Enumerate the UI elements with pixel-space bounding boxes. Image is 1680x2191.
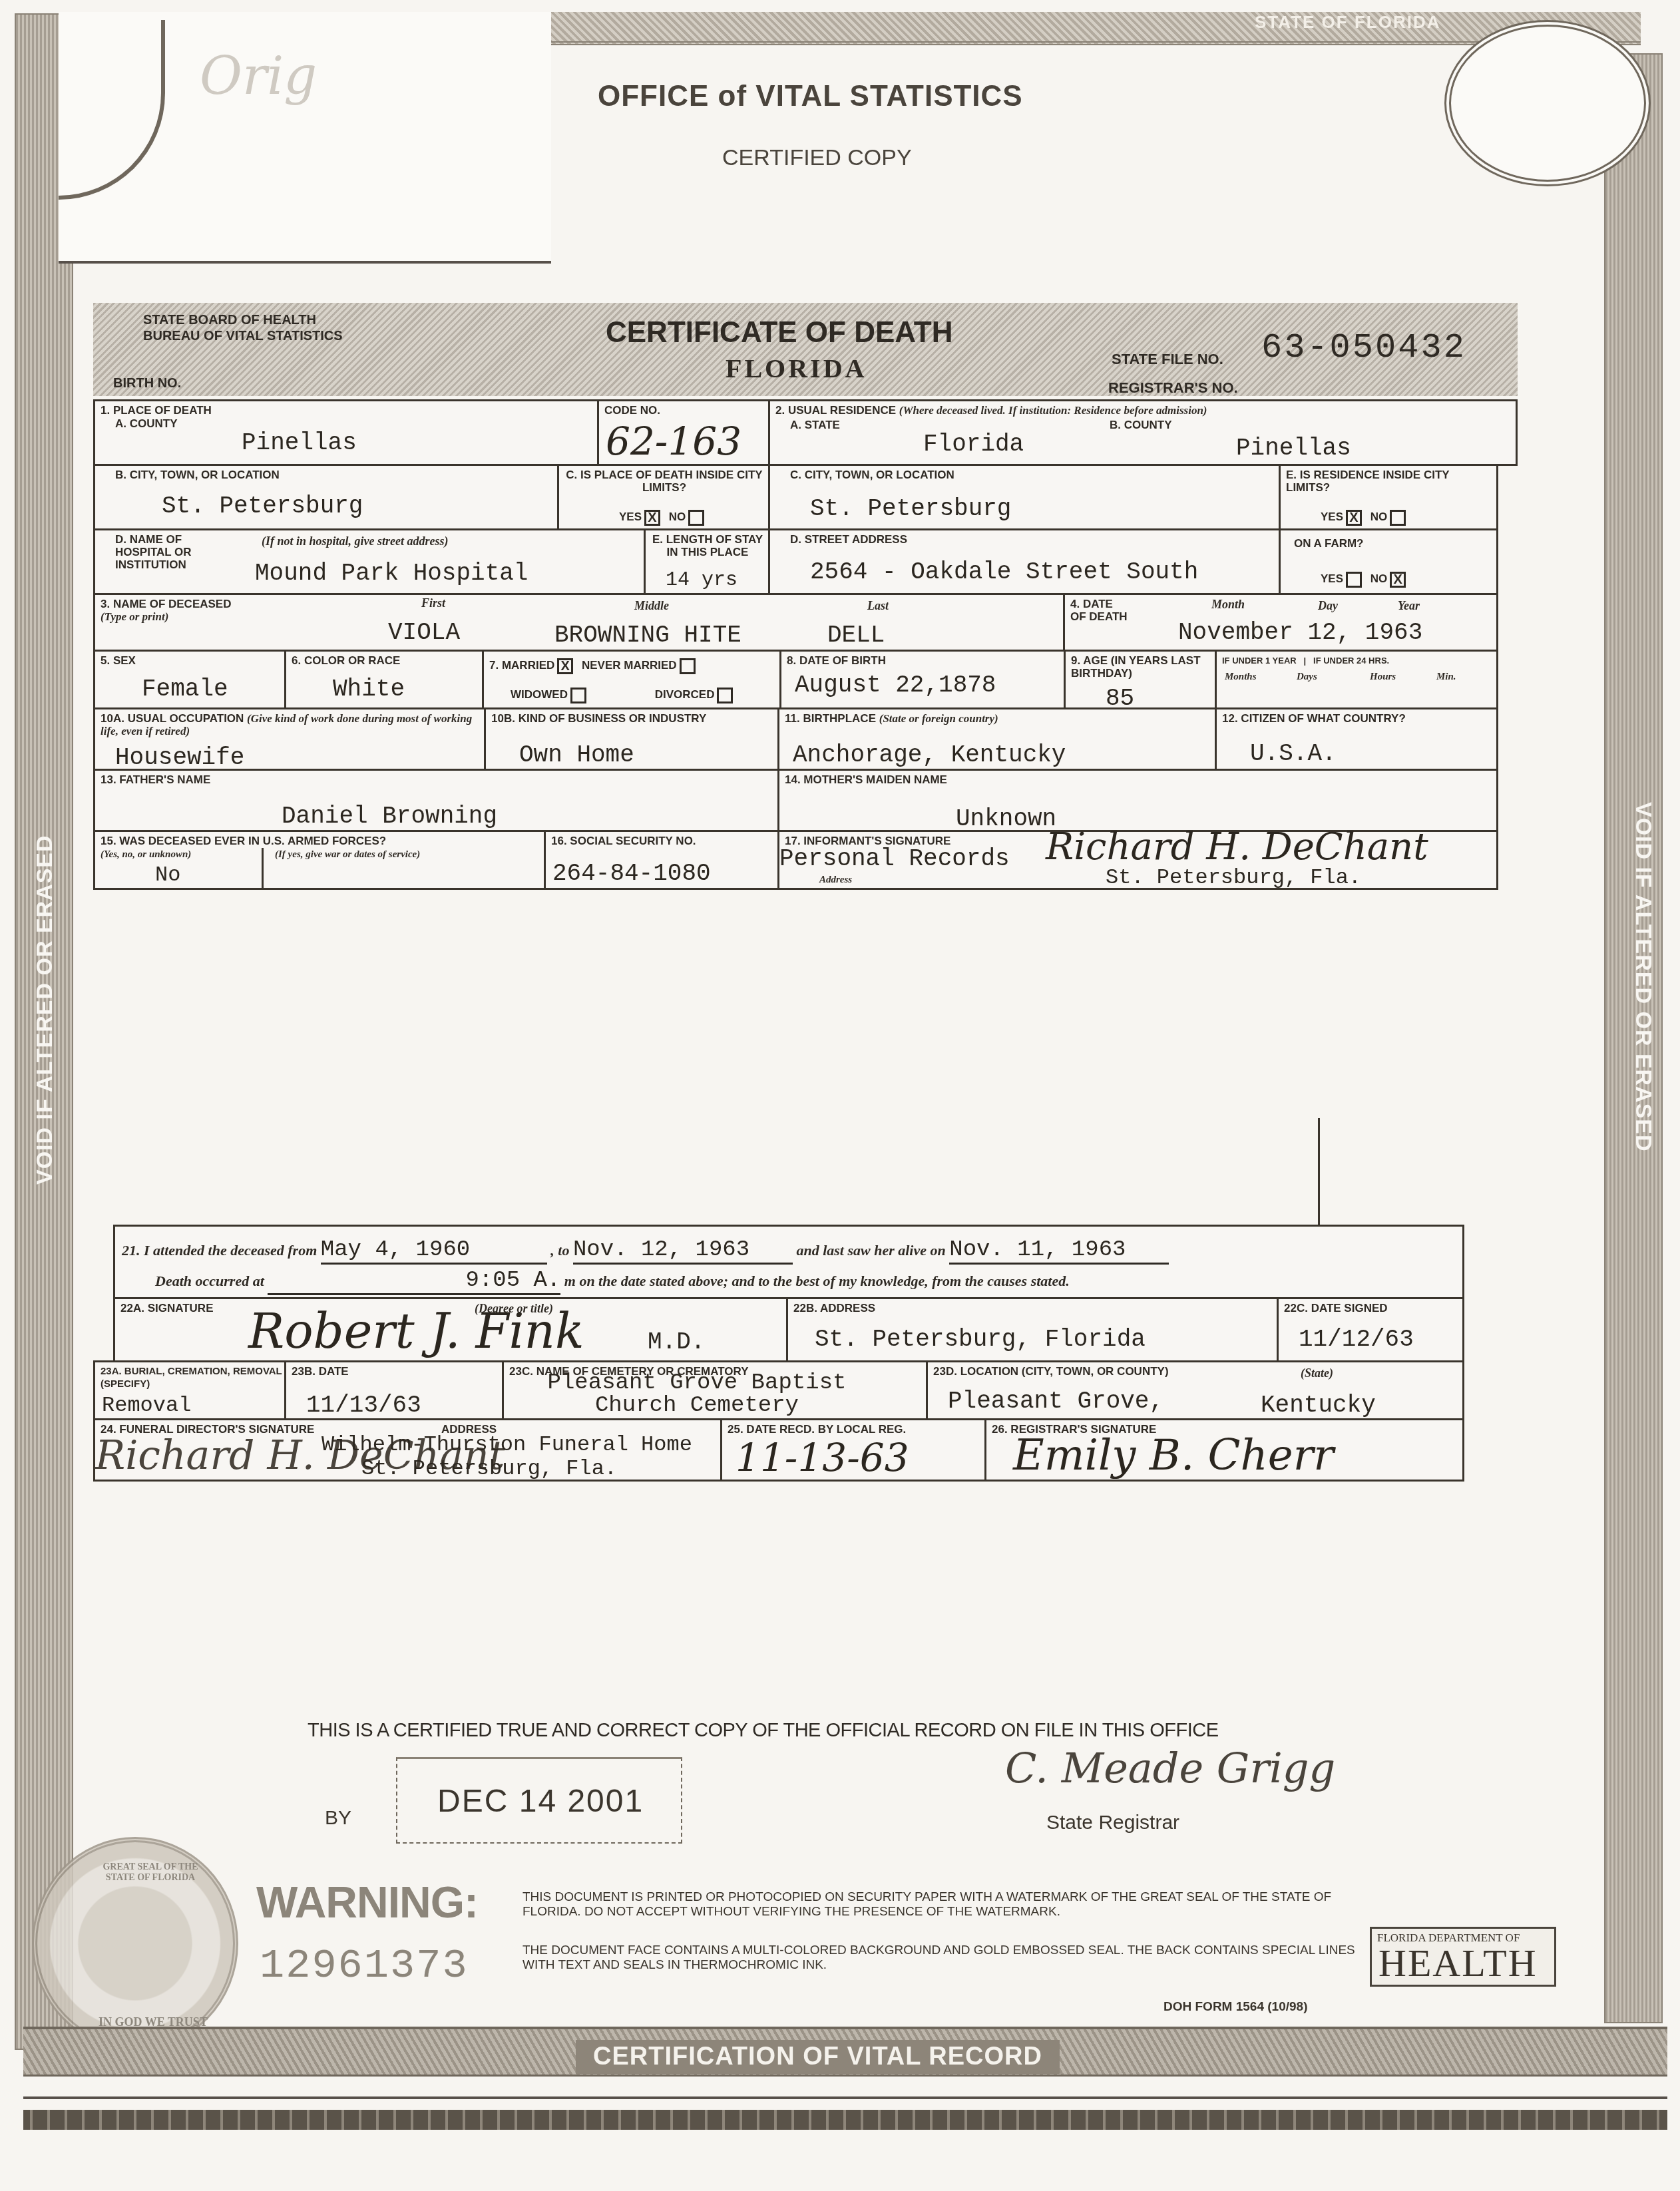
attendance-line-1: 21. I attended the deceased from May 4, … [122,1237,1169,1265]
armed-forces-cell: 15. Was deceased ever in U.S. Armed Forc… [93,830,546,890]
occupation-label: 10a. Usual Occupation (Give kind of work… [101,712,480,737]
citizen-cell: 12. Citizen of what country? U.S.A. [1215,707,1498,771]
certified-copy-label: CERTIFIED COPY [722,145,912,171]
funeral-director-cell: 24. Funeral Director's Signature Address… [93,1418,722,1482]
disposition-location-label: 23d. Location (City, town, or county) [933,1365,1169,1378]
citizen-label: 12. Citizen of what country? [1222,712,1406,725]
handwritten-note: Orig [200,47,317,106]
code-no-label: Code No. [604,404,660,417]
sex-cell: 5. Sex Female [93,650,286,709]
cemetery-cell: 23c. Name of Cemetery or Crematory Pleas… [502,1360,928,1420]
state-registrar-signature: C. Meade Grigg [1005,1744,1335,1792]
local-reg-date-label: 25. Date Recd. by Local Reg. [728,1423,906,1436]
farm-label: On a farm? [1294,537,1364,550]
agency-line-1: State Board of Health [143,312,343,328]
certificate-title: CERTIFICATE OF DEATH [606,316,952,349]
birthplace-value: Anchorage, Kentucky [793,741,1066,769]
last-name-label: Last [867,599,889,613]
residence-inside-city-label: e. Is residence inside city limits? [1286,469,1492,494]
disposition-type-cell: 23a. Burial, Cremation, Removal (Specify… [93,1360,286,1420]
armed-forces-note-1: (Yes, no, or unknown) [101,849,191,861]
usual-residence-header: 2. Usual Residence (Where deceased lived… [775,404,1207,417]
date-signed-cell: 22c. Date Signed 11/12/63 [1277,1297,1464,1362]
death-time-value: 9:05 A. [268,1268,560,1295]
blank-area-divider [1318,1118,1320,1225]
hours-label: Hours [1370,672,1396,683]
cemetery-value: Pleasant Grove Baptist Church Cemetery [511,1372,883,1417]
father-name-value: Daniel Browning [282,803,497,830]
middle-name-value: BROWNING HITE [554,622,741,649]
mother-name-value: Unknown [956,805,1056,833]
race-cell: 6. Color or Race White [284,650,484,709]
death-certificate: State Board of Health Bureau of Vital St… [93,303,1518,1604]
ssn-label: 16. Social Security No. [551,835,696,847]
date-of-death-value: November 12, 1963 [1178,619,1422,646]
physician-signature: Robert J. Fink [248,1303,584,1359]
void-notice-left: VOID IF ALTERED OR ERASED [32,835,58,1185]
disposition-type-label: 23a. Burial, Cremation, Removal (Specify… [101,1365,287,1390]
certificate-state: FLORIDA [726,353,867,384]
bottom-rule [23,2096,1667,2099]
under-1-year-label: If under 1 year | If under 24 hrs. [1222,654,1389,667]
state-file-label: STATE FILE NO. [1112,351,1223,368]
marital-status-cell: 7. MARRIEDX NEVER MARRIED WIDOWED DIVORC… [482,650,781,709]
business-value: Own Home [519,741,634,769]
code-no-value: 62-163 [606,419,741,464]
middle-name-label: Middle [634,599,669,613]
doh-logo-main: HEALTH [1378,1942,1538,1985]
county-label: a. County [115,417,178,430]
certification-band: CERTIFICATION OF VITAL RECORD [23,2027,1667,2077]
ssn-cell: 16. Social Security No. 264-84-1080 [544,830,779,890]
date-of-death-cell: 4. Date of Death Month Day Year November… [1063,593,1498,652]
residence-county-value: Pinellas [1236,435,1351,462]
office-title: OFFICE of VITAL STATISTICS [598,80,1023,113]
armed-forces-note-2: (If yes, give war or dates of service) [275,849,420,861]
race-value: White [333,676,405,703]
disposition-location-cell: 23d. Location (City, town, or county) (S… [926,1360,1464,1420]
widowed-checkbox[interactable] [570,688,586,703]
code-no-cell: Code No. 62-163 [597,399,770,466]
first-name-label: First [421,596,445,610]
certification-statement: THIS IS A CERTIFIED TRUE AND CORRECT COP… [308,1720,1219,1742]
birth-date-label: 8. Date of Birth [787,654,886,667]
armed-forces-label: 15. Was deceased ever in U.S. Armed Forc… [101,835,386,847]
death-day-label: Day [1318,599,1338,613]
birthplace-cell: 11. Birthplace (State or foreign country… [777,707,1217,771]
disposition-type-value: Removal [102,1393,191,1418]
hospital-cell: d. Name of Hospital or Institution (If n… [93,528,646,595]
deceased-name-cell: 3. Name of Deceased(Type or print) First… [93,593,1065,652]
race-label: 6. Color or Race [292,654,400,667]
residence-inside-city-cell: e. Is residence inside city limits? YESX… [1279,464,1498,530]
death-city-label: b. City, Town, or Location [115,469,280,481]
disposition-state-label: (State) [1301,1366,1333,1380]
date-stamp-value: DEC 14 2001 [437,1783,644,1820]
street-address-label: d. Street Address [790,533,907,546]
void-notice-right: VOID IF ALTERED OR ERASED [1630,802,1656,1152]
disposition-date-cell: 23b. Date 11/13/63 [284,1360,504,1420]
divorced-checkbox[interactable] [717,688,733,703]
attended-to-value: Nov. 12, 1963 [573,1237,793,1265]
disposition-city-value: Pleasant Grove, [948,1388,1163,1415]
state-registrar-title: State Registrar [1046,1812,1179,1834]
death-county-value: Pinellas [242,429,357,457]
occupation-value: Housewife [115,744,244,771]
occupation-cell: 10a. Usual Occupation (Give kind of work… [93,707,486,771]
funeral-home-value: Wilhelm-Thurston Funeral Home [321,1432,692,1457]
father-name-label: 13. Father's Name [101,773,210,786]
residence-state-label: a. State [790,419,840,431]
death-inside-city-cell: c. Is place of death inside city limits?… [557,464,770,530]
date-signed-value: 11/12/63 [1299,1326,1414,1353]
death-inside-city-label: c. Is place of death inside city limits? [564,469,764,494]
warning-text-face: The document face contains a multi-color… [523,1943,1361,1973]
min-label: Min. [1436,672,1456,683]
date-stamp: DEC 14 2001 [396,1757,682,1844]
seal-text: GREAT SEAL OF THE STATE OF FLORIDA [101,1862,200,1884]
age-under-1-cell: If under 1 year | If under 24 hrs. Month… [1215,650,1498,709]
security-border-top: STATE OF FLORIDA [549,12,1641,45]
serial-number: 12961373 [260,1942,469,1989]
residence-city-value: St. Petersburg [810,495,1011,522]
marital-row-2: WIDOWED DIVORCED [511,688,738,703]
never-married-checkbox[interactable] [680,658,696,674]
residence-county-label: b. County [1110,419,1172,431]
ssn-value: 264-84-1080 [552,860,711,887]
residence-state-value: Florida [923,431,1024,458]
marital-row-1: 7. MARRIEDX NEVER MARRIED [489,658,701,674]
usual-residence-cell: 2. Usual Residence (Where deceased lived… [768,399,1518,466]
funeral-address-value: St. Petersburg, Fla. [361,1456,617,1481]
physician-address-label: 22b. Address [793,1302,875,1314]
hospital-note: (If not in hospital, give street address… [262,534,449,548]
certificate-header: State Board of Health Bureau of Vital St… [93,303,1518,396]
days-label: Days [1297,672,1317,683]
registrar-signature-cell: 26. Registrar's Signature Emily B. Cherr [984,1418,1464,1482]
sex-label: 5. Sex [101,654,136,667]
hospital-label: d. Name of Hospital or Institution [115,533,235,571]
death-inside-city-no-checkbox[interactable] [688,510,704,526]
last-seen-value: Nov. 11, 1963 [949,1237,1169,1265]
mother-name-cell: 14. Mother's Maiden Name Unknown [777,769,1498,832]
agency-name: State Board of Health Bureau of Vital St… [143,312,343,344]
attended-from-value: May 4, 1960 [321,1237,547,1265]
birth-date-value: August 22,1878 [795,672,996,699]
residence-city-label: c. City, Town, or Location [790,469,954,481]
bottom-security-strip [23,2110,1667,2130]
place-of-death-county-cell: 1. Place of Death a. County Pinellas [93,399,599,466]
death-city-cell: b. City, Town, or Location St. Petersbur… [93,464,559,530]
informant-value: Personal Records [779,845,1010,873]
farm-yes-checkbox[interactable] [1346,572,1362,588]
armed-forces-divider [262,848,264,889]
length-of-stay-label: e. Length of stay in this place [651,533,764,558]
disposition-state-value: Kentucky [1261,1392,1376,1419]
sex-value: Female [142,676,228,703]
informant-signature: Richard H. DeChant [1046,825,1428,869]
residence-inside-city-yes-checkbox[interactable]: X [1346,510,1362,526]
informant-cell: 17. Informant's Signature Personal Recor… [777,830,1498,890]
first-name-value: VIOLA [388,619,460,646]
place-of-death-header: 1. Place of Death [101,404,212,417]
physician-signature-label: 22a. Signature [120,1302,214,1314]
attendance-cell: 21. I attended the deceased from May 4, … [113,1225,1464,1299]
farm-options: YES NOX [1321,572,1411,588]
business-cell: 10b. Kind of Business or Industry Own Ho… [484,707,779,771]
months-label: Months [1225,672,1257,683]
warning-text-watermark: This document is printed or photocopied … [523,1890,1361,1919]
border-top-label: STATE OF FLORIDA [1255,12,1440,33]
residence-city-cell: c. City, Town, or Location St. Petersbur… [768,464,1281,530]
certification-band-label: CERTIFICATION OF VITAL RECORD [576,2040,1060,2074]
registrar-signature: Emily B. Cherr [1013,1431,1334,1480]
florida-state-seal-icon: GREAT SEAL OF THE STATE OF FLORIDA IN GO… [32,1837,238,2050]
age-cell: 9. Age (In years last birthday) 85 [1064,650,1217,709]
father-name-cell: 13. Father's Name Daniel Browning [93,769,779,832]
residence-inside-city-no-checkbox[interactable] [1390,510,1406,526]
form-number: DOH FORM 1564 (10/98) [1163,2000,1307,2015]
local-reg-date-value: 11-13-63 [735,1435,909,1480]
date-signed-label: 22c. Date Signed [1284,1302,1388,1314]
street-address-value: 2564 - Oakdale Street South [810,558,1198,586]
physician-address: St. Petersburg, Florida [815,1326,1146,1353]
deceased-name-label: 3. Name of Deceased(Type or print) [101,598,234,623]
length-of-stay-value: 14 yrs [666,569,737,592]
disposition-date-label: 23b. Date [292,1365,349,1378]
agency-line-2: Bureau of Vital Statistics [143,328,343,344]
married-checkbox[interactable]: X [557,658,573,674]
death-year-label: Year [1398,599,1420,613]
mother-name-label: 14. Mother's Maiden Name [785,773,947,786]
registrar-no-label: REGISTRAR'S NO. [1108,379,1238,397]
state-file-number: 63-050432 [1261,328,1466,367]
age-label: 9. Age (In years last birthday) [1071,654,1217,680]
physician-signature-cell: 22a. Signature (Degree or title) Robert … [113,1297,788,1362]
attendance-line-2: Death occurred at 9:05 A. m on the date … [155,1268,1070,1295]
street-address-cell: d. Street Address 2564 - Oakdale Street … [768,528,1281,595]
death-inside-city-options: YESX NO [619,510,710,526]
local-reg-date-cell: 25. Date Recd. by Local Reg. 11-13-63 [720,1418,986,1482]
corner-ornament-circle [1444,20,1651,186]
farm-no-checkbox[interactable]: X [1390,572,1406,588]
residence-inside-city-options: YESX NO [1321,510,1411,526]
last-name-value: DELL [827,622,885,649]
business-label: 10b. Kind of Business or Industry [491,712,706,725]
physician-address-cell: 22b. Address St. Petersburg, Florida [786,1297,1279,1362]
disposition-date-value: 11/13/63 [306,1392,421,1419]
death-city-value: St. Petersburg [162,493,363,520]
armed-forces-value: No [155,863,180,887]
farm-cell: On a farm? YES NOX [1279,528,1498,595]
citizen-value: U.S.A. [1250,740,1337,767]
length-of-stay-cell: e. Length of stay in this place 14 yrs [644,528,770,595]
informant-address: St. Petersburg, Fla. [1106,865,1361,890]
florida-health-logo: FLORIDA DEPARTMENT OF HEALTH [1370,1927,1556,1987]
death-inside-city-yes-checkbox[interactable]: X [644,510,660,526]
informant-address-label: Address [819,875,852,886]
warning-label: WARNING: [256,1877,478,1927]
hospital-value: Mound Park Hospital [255,560,528,587]
birthplace-label: 11. Birthplace (State or foreign country… [785,712,998,725]
date-of-death-label: 4. Date of Death [1070,598,1130,623]
physician-degree: M.D. [648,1328,705,1356]
death-month-label: Month [1211,598,1245,612]
by-label: BY [325,1807,351,1830]
birth-date-cell: 8. Date of Birth August 22,1878 [779,650,1066,709]
birth-no-label: BIRTH NO. [113,376,181,391]
